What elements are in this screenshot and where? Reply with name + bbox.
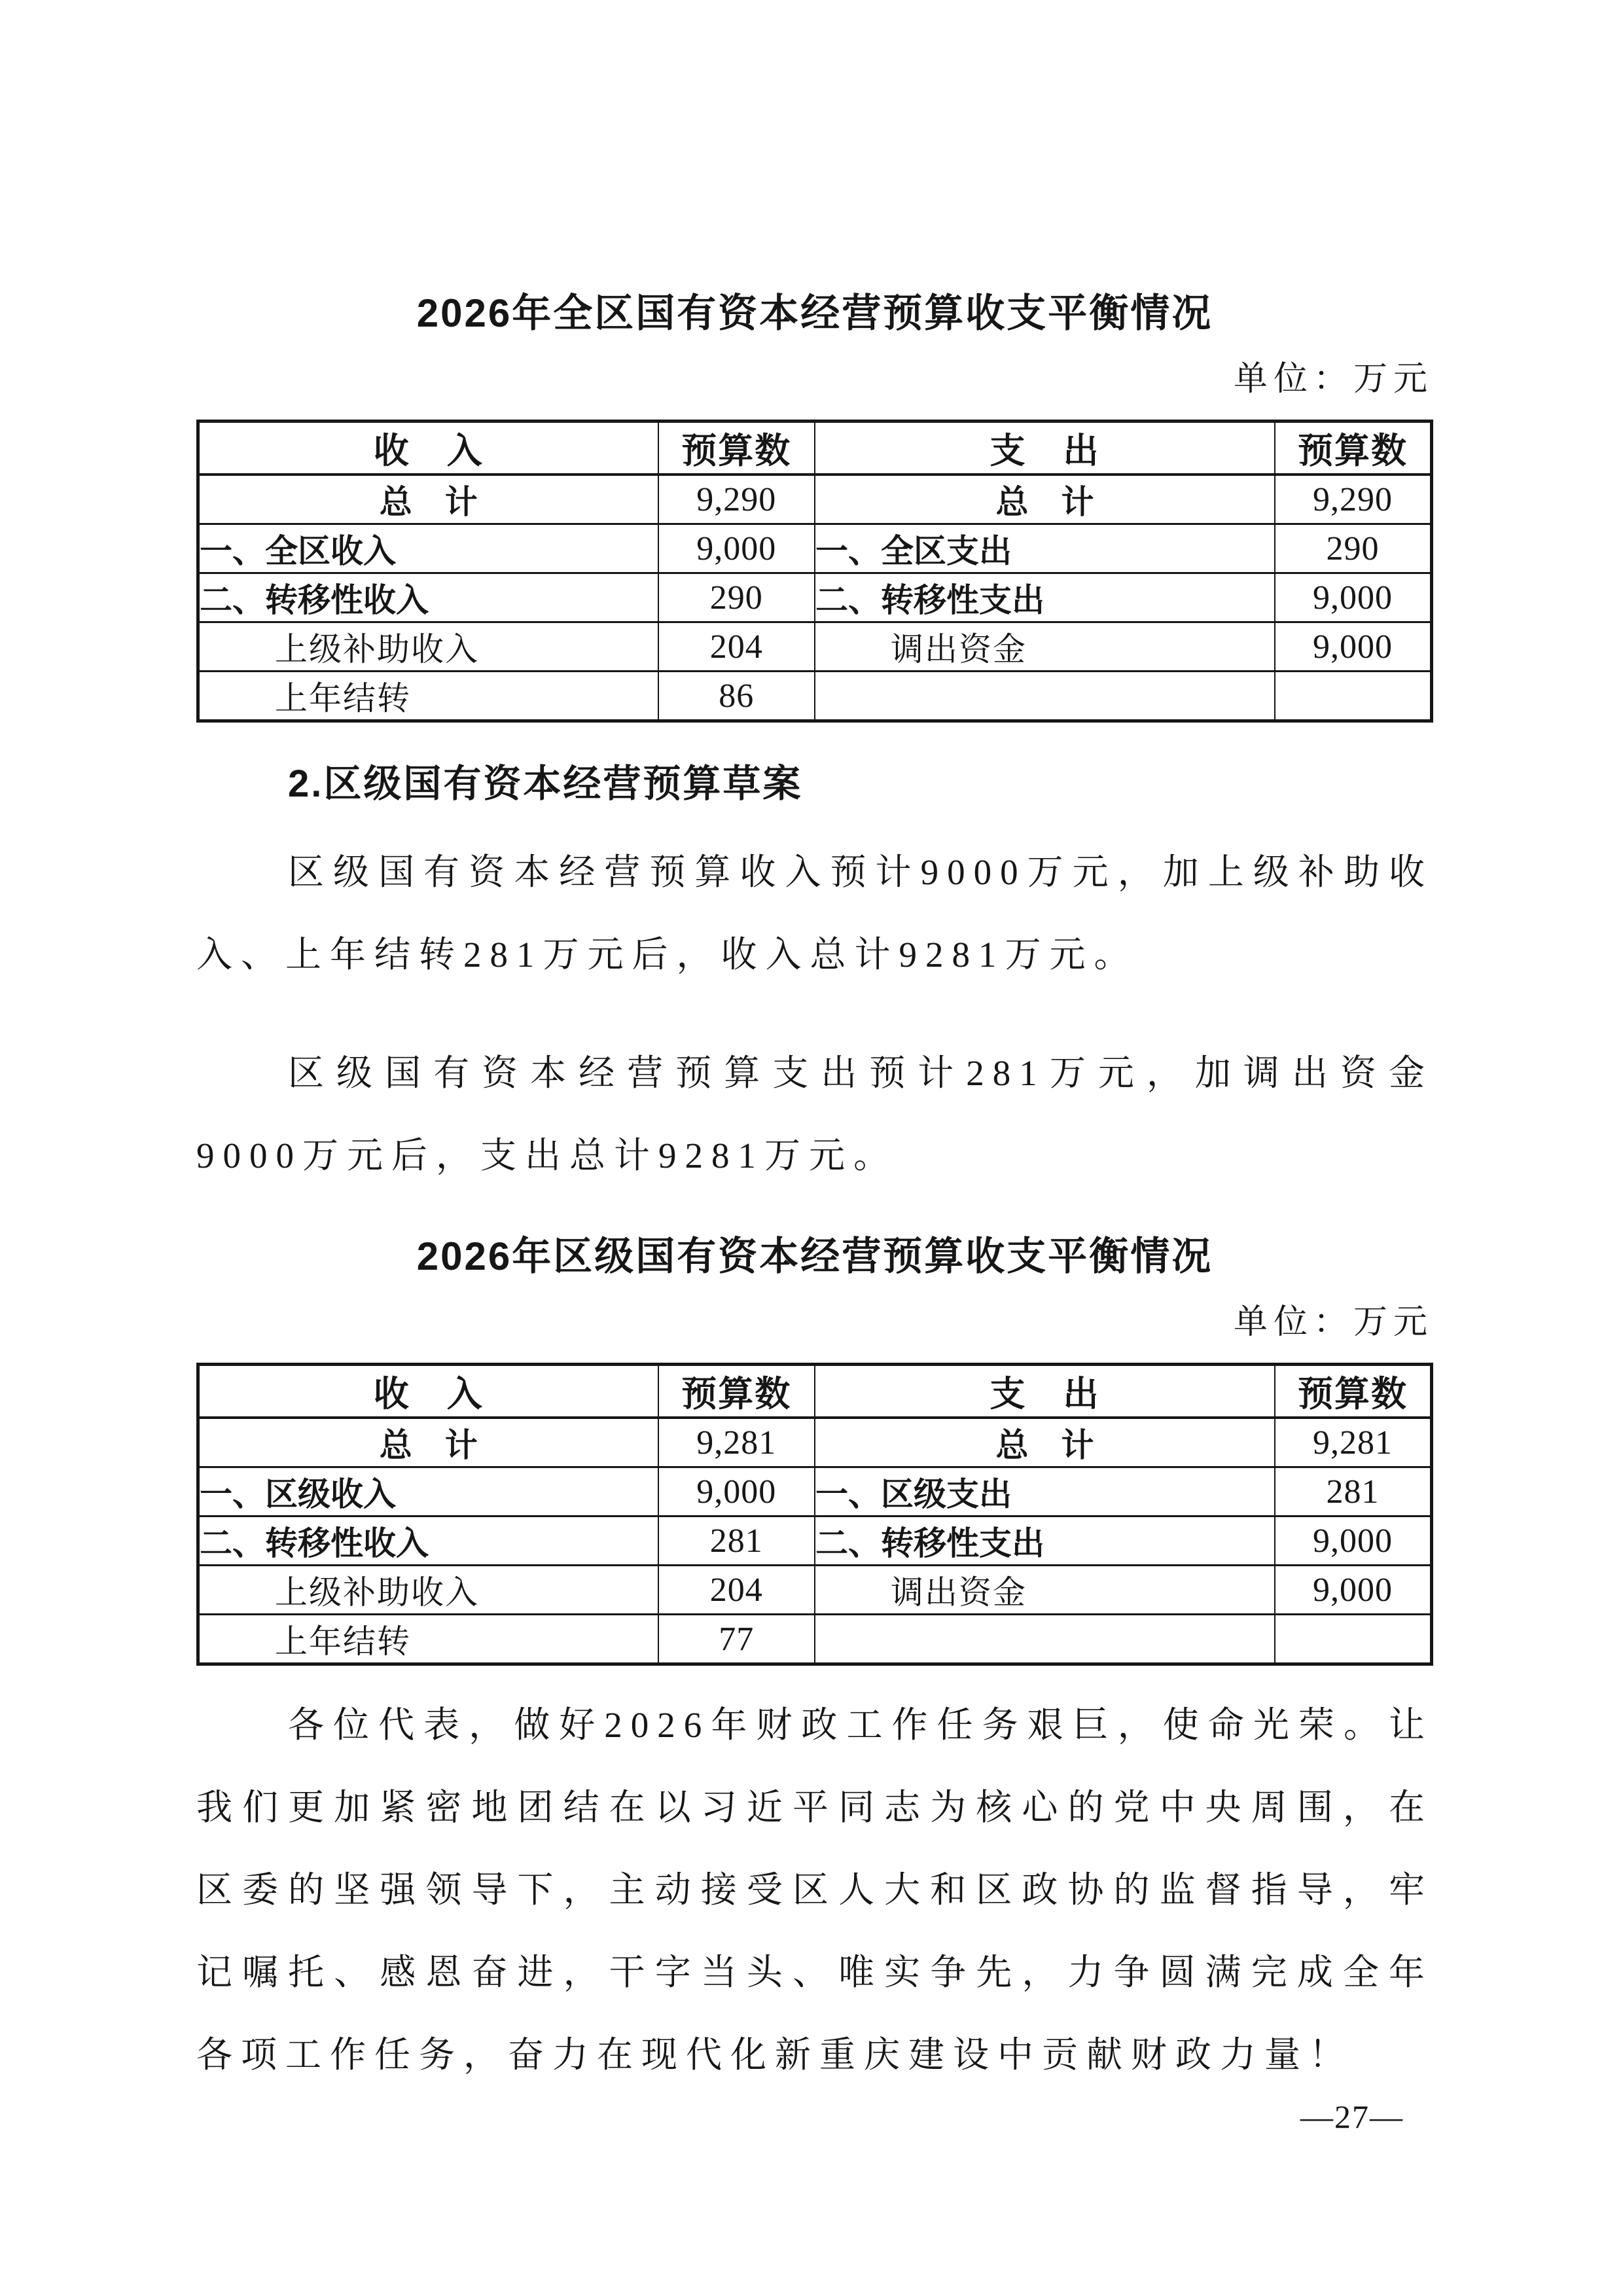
- col-header-expense-budget: 预算数: [1275, 1365, 1431, 1418]
- col-header-income-budget: 预算数: [658, 1365, 815, 1418]
- table-row: 上级补助收入 204 调出资金 9,000: [198, 622, 1432, 672]
- table-title-districtwide: 2026年全区国有资本经营预算收支平衡情况: [196, 290, 1433, 337]
- budget-balance-table-countylevel: 收 入 预算数 支 出 预算数 总 计 9,281 总 计 9,281 一、区级…: [196, 1363, 1433, 1666]
- cell-income-label: 上级补助收入: [198, 1566, 658, 1615]
- cell-expense-value: 9,000: [1275, 622, 1431, 672]
- cell-expense-label: 一、区级支出: [815, 1467, 1275, 1516]
- cell-income-label: 总 计: [198, 475, 658, 524]
- page-number: —27—: [1300, 2098, 1404, 2136]
- cell-income-value: 290: [658, 573, 815, 622]
- unit-label: 单位：万元: [196, 359, 1433, 400]
- table-row: 总 计 9,290 总 计 9,290: [198, 475, 1432, 524]
- table-header-row: 收 入 预算数 支 出 预算数: [198, 422, 1432, 475]
- cell-expense-label: 一、全区支出: [815, 524, 1275, 573]
- document-page: 2026年全区国有资本经营预算收支平衡情况 单位：万元 收 入 预算数 支 出 …: [0, 0, 1623, 2296]
- paragraph-closing: 各位代表，做好2026年财政工作任务艰巨，使命光荣。让我们更加紧密地团结在以习近…: [196, 1684, 1433, 2096]
- col-header-expense-budget: 预算数: [1275, 422, 1431, 475]
- col-header-expense: 支 出: [815, 422, 1275, 475]
- cell-expense-label: [815, 1615, 1275, 1664]
- col-header-expense: 支 出: [815, 1365, 1275, 1418]
- cell-income-value: 204: [658, 622, 815, 672]
- col-header-income-budget: 预算数: [658, 422, 815, 475]
- cell-income-value: 9,290: [658, 475, 815, 524]
- cell-expense-value: 281: [1275, 1467, 1431, 1516]
- table-row: 二、转移性收入 281 二、转移性支出 9,000: [198, 1516, 1432, 1566]
- paragraph-expense-summary: 区级国有资本经营预算支出预计281万元，加调出资金9000万元后，支出总计928…: [196, 1032, 1433, 1197]
- cell-income-value: 77: [658, 1615, 815, 1664]
- cell-income-value: 281: [658, 1516, 815, 1566]
- cell-expense-value: 9,000: [1275, 1566, 1431, 1615]
- cell-expense-label: 二、转移性支出: [815, 1516, 1275, 1566]
- table-row: 一、全区收入 9,000 一、全区支出 290: [198, 524, 1432, 573]
- cell-income-label: 上年结转: [198, 1615, 658, 1664]
- cell-income-label: 二、转移性收入: [198, 1516, 658, 1566]
- table-row: 上年结转 77: [198, 1615, 1432, 1664]
- cell-expense-value: 9,000: [1275, 1516, 1431, 1566]
- table-row: 一、区级收入 9,000 一、区级支出 281: [198, 1467, 1432, 1516]
- cell-expense-label: 调出资金: [815, 622, 1275, 672]
- cell-income-label: 一、区级收入: [198, 1467, 658, 1516]
- cell-income-label: 总 计: [198, 1418, 658, 1467]
- cell-expense-value: 290: [1275, 524, 1431, 573]
- cell-expense-value: 9,290: [1275, 475, 1431, 524]
- cell-income-label: 上级补助收入: [198, 622, 658, 672]
- cell-expense-label: [815, 672, 1275, 721]
- cell-expense-label: 总 计: [815, 1418, 1275, 1467]
- section-heading: 2.区级国有资本经营预算草案: [196, 761, 1433, 808]
- table-row: 总 计 9,281 总 计 9,281: [198, 1418, 1432, 1467]
- cell-income-label: 上年结转: [198, 672, 658, 721]
- cell-income-label: 二、转移性收入: [198, 573, 658, 622]
- table-row: 上年结转 86: [198, 672, 1432, 721]
- cell-expense-value: 9,281: [1275, 1418, 1431, 1467]
- table-row: 二、转移性收入 290 二、转移性支出 9,000: [198, 573, 1432, 622]
- cell-income-value: 204: [658, 1566, 815, 1615]
- budget-balance-table-districtwide: 收 入 预算数 支 出 预算数 总 计 9,290 总 计 9,290 一、全区…: [196, 420, 1433, 723]
- cell-income-value: 9,000: [658, 1467, 815, 1516]
- cell-expense-value: [1275, 672, 1431, 721]
- cell-expense-value: 9,000: [1275, 573, 1431, 622]
- col-header-income: 收 入: [198, 1365, 658, 1418]
- cell-income-value: 86: [658, 672, 815, 721]
- cell-income-value: 9,000: [658, 524, 815, 573]
- cell-expense-label: 二、转移性支出: [815, 573, 1275, 622]
- paragraph-income-summary: 区级国有资本经营预算收入预计9000万元，加上级补助收入、上年结转281万元后，…: [196, 831, 1433, 996]
- table-header-row: 收 入 预算数 支 出 预算数: [198, 1365, 1432, 1418]
- table-title-countylevel: 2026年区级国有资本经营预算收支平衡情况: [196, 1233, 1433, 1280]
- cell-income-label: 一、全区收入: [198, 524, 658, 573]
- unit-label: 单位：万元: [196, 1302, 1433, 1343]
- cell-expense-label: 调出资金: [815, 1566, 1275, 1615]
- col-header-income: 收 入: [198, 422, 658, 475]
- table-row: 上级补助收入 204 调出资金 9,000: [198, 1566, 1432, 1615]
- cell-expense-value: [1275, 1615, 1431, 1664]
- cell-expense-label: 总 计: [815, 475, 1275, 524]
- cell-income-value: 9,281: [658, 1418, 815, 1467]
